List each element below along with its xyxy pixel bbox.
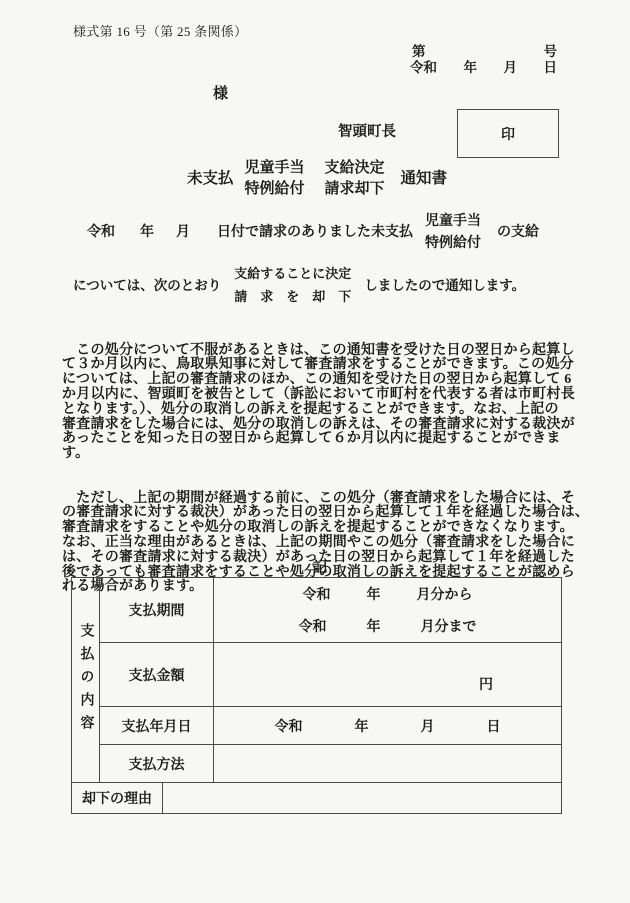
notice-document-page: 様式第 16 号（第 25 条関係） 第 号 令和 年 月 日 様 智頭町長 印…	[0, 0, 630, 903]
title-benefit-options: 児童手当 特例給付	[245, 156, 305, 198]
appeal-paragraph-1: この処分について不服があるときは、この通知書を受けた日の翌日から起算し て３か月…	[62, 344, 589, 462]
pay-date-line: 令和 年 月 日	[214, 716, 561, 736]
era-label: 令和	[410, 56, 437, 76]
seal-box: 印	[457, 109, 559, 158]
day-label: 日	[487, 716, 501, 736]
month-from-label: 月分から	[417, 584, 473, 604]
table-row-amount: 支払金額 円	[72, 643, 562, 707]
month-label: 月	[421, 716, 435, 736]
period-value-cell: 令和 年 月分から 令和 年 月分まで	[214, 578, 562, 643]
month-label: 月	[504, 56, 518, 76]
table-row-method: 支払方法	[72, 745, 562, 783]
benefit-option-child-allowance: 児童手当	[245, 156, 305, 177]
year-label: 年	[367, 584, 381, 604]
amount-value-cell: 円	[214, 643, 562, 707]
issue-date-line: 令和 年 月 日	[410, 56, 557, 76]
era-label: 令和	[303, 584, 331, 604]
yen-unit-label: 円	[479, 674, 493, 694]
request-reference-line: 令和 年 月 日付で請求のありました未支払 児童手当 特例給付 の支給	[87, 207, 539, 254]
benefit-option-special-benefit: 特例給付	[425, 232, 481, 252]
method-value-cell	[214, 745, 562, 783]
table-row-rejection: 却下の理由	[72, 783, 562, 814]
title-prefix: 未支払	[187, 166, 234, 188]
addressee-suffix: 様	[213, 82, 228, 103]
year-label: 年	[355, 716, 369, 736]
title-decision-options: 支給決定 請求却下	[325, 156, 385, 198]
era-label: 令和	[275, 716, 303, 736]
request-text: 日付で請求のありました未支払	[217, 221, 413, 241]
era-label: 令和	[299, 616, 327, 636]
method-label: 支払方法	[100, 745, 214, 783]
table-row-period: 支払の内容 支払期間 令和 年 月分から 令和 年 月分まで	[72, 578, 562, 643]
payment-details-table: 支払の内容 支払期間 令和 年 月分から 令和 年 月分まで	[71, 577, 562, 814]
ki-marker: 記	[62, 556, 578, 577]
result-suffix: しましたので通知します。	[364, 274, 525, 294]
day-label: 日	[544, 56, 558, 76]
rejection-reason-label: 却下の理由	[72, 783, 163, 814]
rejection-reason-value-cell	[163, 783, 562, 814]
benefit-option-special-benefit: 特例給付	[245, 177, 305, 198]
month-label: 月	[176, 221, 190, 241]
benefit-option-child-allowance: 児童手当	[425, 210, 481, 230]
benefit-options: 児童手当 特例給付	[425, 210, 481, 252]
form-number: 様式第 16 号（第 25 条関係）	[73, 21, 247, 40]
result-option-grant: 支給することに決定	[234, 263, 351, 282]
year-label: 年	[140, 221, 154, 241]
document-title: 未支払 児童手当 特例給付 支給決定 請求却下 通知書	[187, 155, 447, 199]
notification-result-line: については、次のとおり 支給することに決定 請 求 を 却 下 しましたので通知…	[73, 260, 525, 308]
result-option-reject: 請 求 を 却 下	[234, 286, 351, 305]
month-to-label: 月分まで	[421, 616, 477, 636]
seal-label: 印	[501, 124, 515, 144]
period-lines: 令和 年 月分から 令和 年 月分まで	[214, 584, 561, 636]
period-to-line: 令和 年 月分まで	[214, 616, 561, 636]
year-label: 年	[367, 616, 381, 636]
year-label: 年	[464, 56, 478, 76]
pay-date-value-cell: 令和 年 月 日	[214, 707, 562, 745]
period-label: 支払期間	[100, 578, 214, 643]
title-suffix: 通知書	[401, 166, 448, 188]
era-label: 令和	[87, 221, 115, 241]
amount-label: 支払金額	[100, 643, 214, 707]
payment-content-group-label: 支払の内容	[72, 578, 100, 783]
result-prefix: については、次のとおり	[73, 274, 221, 294]
pay-date-label: 支払年月日	[100, 707, 214, 745]
issuer-name: 智頭町長	[338, 120, 396, 141]
result-options: 支給することに決定 請 求 を 却 下	[234, 263, 351, 305]
period-from-line: 令和 年 月分から	[214, 584, 561, 604]
table-row-pay-date: 支払年月日 令和 年 月 日	[72, 707, 562, 745]
decision-option-grant: 支給決定	[325, 156, 385, 177]
benefit-suffix: の支給	[497, 221, 539, 241]
decision-option-reject: 請求却下	[325, 177, 385, 198]
